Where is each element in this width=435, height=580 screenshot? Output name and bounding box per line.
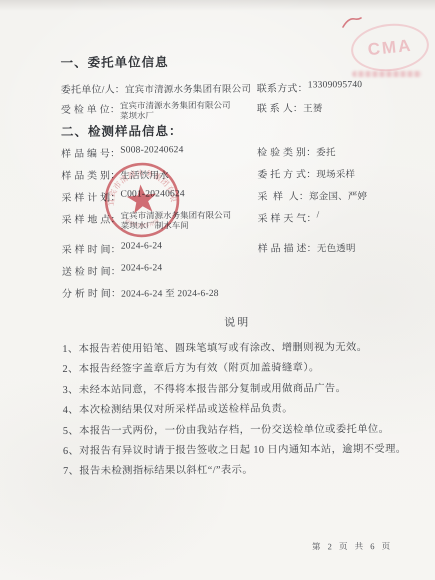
note-item-2: 2、本报告经签字盖章后方为有效（附页加盖骑缝章）。 xyxy=(62,358,412,381)
note-item-7: 7、报告未检测指标结果以斜杠“/”表示。 xyxy=(63,460,413,483)
section1-rows: 委托单位/人： 宜宾市清源水务集团有限公司 联系方式： 13309095740 … xyxy=(61,79,406,127)
contact-method-label: 联系方式： xyxy=(257,79,308,94)
row-sampling-time: 采 样 时 间： 2024-6-24 样 品 描 述： 无色透明 xyxy=(62,239,407,263)
note-item-5: 5、本报告一式两份，一份由我站存档，一份交送检单位或委托单位。 xyxy=(63,419,413,442)
document-content: 一、委托单位信息 委托单位/人： 宜宾市清源水务集团有限公司 联系方式： 133… xyxy=(0,0,435,580)
row-submission-time: 送 检 时 间： 2024-6-24 xyxy=(62,261,407,285)
note-item-6: 6、对报告有异议时请于报告签收之日起 10 日内通知本站，逾期不受理。 xyxy=(63,440,413,463)
sampling-time-label: 采 样 时 间： xyxy=(62,241,121,256)
sampling-plan-label: 采 样 计 划： xyxy=(61,189,120,204)
sample-number-value: S008-20240624 xyxy=(120,144,183,159)
row-analysis-time: 分 析 时 间： 2024-6-24 至 2024-6-28 xyxy=(62,283,407,307)
sampler-label: 采 样 人： xyxy=(257,187,309,202)
analysis-time-label: 分 析 时 间： xyxy=(62,285,121,300)
sample-number-label: 样 品 编 号： xyxy=(61,145,120,160)
sampling-weather-value: / xyxy=(317,209,320,224)
client-unit-label: 委托单位/人： xyxy=(61,81,125,96)
client-unit-value: 宜宾市清源水务集团有限公司 xyxy=(125,80,251,96)
analysis-time-value: 2024-6-24 至 2024-6-28 xyxy=(121,284,219,300)
note-item-4: 4、本次检测结果仅对所采样品或送检样品负责。 xyxy=(63,399,413,422)
row-sample-number: 样 品 编 号： S008-20240624 检 验 类 别： 委托 xyxy=(61,143,406,167)
scanned-report-page: 一、委托单位信息 委托单位/人： 宜宾市清源水务集团有限公司 联系方式： 133… xyxy=(0,0,435,580)
commission-method-label: 委 托 方 式： xyxy=(257,165,316,180)
sampling-location-value: 宜宾市清源水务集团有限公司 菜坝水厂制水车间 xyxy=(121,210,232,231)
section1-heading: 一、委托单位信息 xyxy=(61,52,169,71)
notes-section: 说明 1、本报告若使用铅笔、圆珠笔填写或有涂改、增删则视为无效。 2、本报告经签… xyxy=(62,313,413,483)
inspected-unit-label: 受 检 单 位： xyxy=(61,101,120,121)
sampling-location-label: 采 样 地 点： xyxy=(62,211,121,231)
row-sample-type: 样 品 类 别： 生活饮用水 委 托 方 式： 现场采样 xyxy=(61,165,406,189)
sample-description-value: 无色透明 xyxy=(317,239,356,254)
sample-description-label: 样 品 描 述： xyxy=(258,239,317,254)
contact-method-value: 13309095740 xyxy=(308,79,363,94)
note-item-3: 3、未经本站同意，不得将本报告部分复制或用做商品广告。 xyxy=(63,379,413,402)
section2-rows: 样 品 编 号： S008-20240624 检 验 类 别： 委托 样 品 类… xyxy=(61,143,407,307)
inspection-category-value: 委托 xyxy=(316,143,335,158)
sampler-value: 郑金国、严婷 xyxy=(309,187,367,202)
inspected-unit-value: 宜宾市清源水务集团有限公司 菜坝水厂 xyxy=(120,100,231,121)
note-item-1: 1、本报告若使用铅笔、圆珠笔填写或有涂改、增删则视为无效。 xyxy=(62,338,412,361)
sampling-time-value: 2024-6-24 xyxy=(121,240,162,255)
section2-heading: 二、检测样品信息： xyxy=(61,121,183,140)
row-client-unit: 委托单位/人： 宜宾市清源水务集团有限公司 联系方式： 13309095740 xyxy=(61,79,406,101)
submission-time-label: 送 检 时 间： xyxy=(62,263,121,278)
row-sampling-location: 采 样 地 点： 宜宾市清源水务集团有限公司 菜坝水厂制水车间 采 样 天 气：… xyxy=(62,209,407,241)
inspection-category-label: 检 验 类 别： xyxy=(257,143,316,158)
sample-type-value: 生活饮用水 xyxy=(120,166,169,181)
sample-type-label: 样 品 类 别： xyxy=(61,167,120,182)
contact-person-label: 联 系 人： xyxy=(257,99,303,114)
page-indicator: 第 2 页 共 6 页 xyxy=(312,540,393,552)
submission-time-value: 2024-6-24 xyxy=(121,262,162,277)
sampling-weather-label: 采 样 天 气： xyxy=(258,209,317,224)
contact-person-value: 王赟 xyxy=(303,99,322,114)
notes-title: 说明 xyxy=(62,313,412,331)
commission-method-value: 现场采样 xyxy=(316,165,355,180)
row-sampling-plan: 采 样 计 划： C001-20240624 采 样 人： 郑金国、严婷 xyxy=(61,187,406,211)
sampling-plan-value: C001-20240624 xyxy=(120,188,184,203)
